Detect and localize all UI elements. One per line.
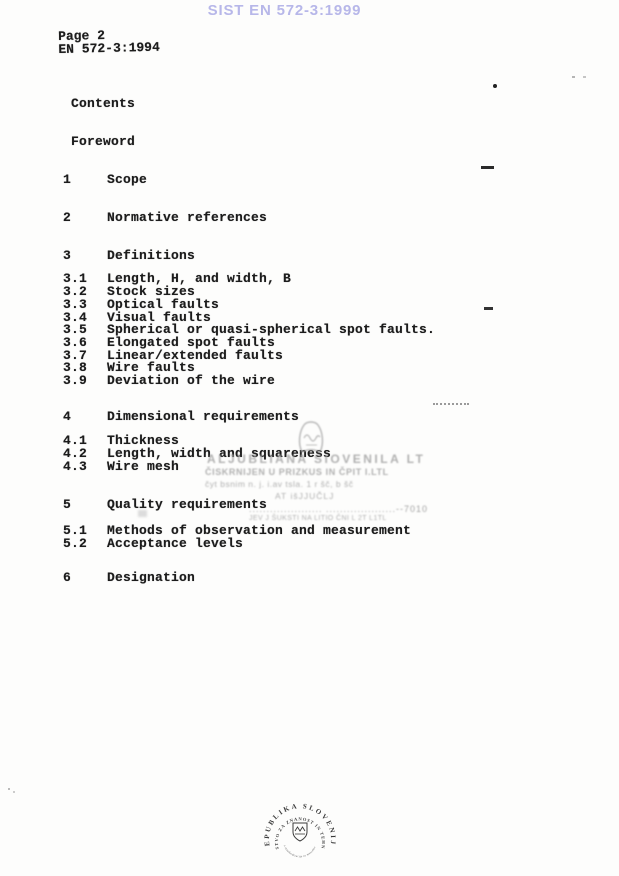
scan-speck	[493, 84, 497, 88]
scanned-document-page: SIST EN 572-3:1999 Page 2EN 572-3:1994 C…	[0, 0, 619, 876]
toc-entry-num: 1	[63, 173, 107, 186]
scan-speck	[481, 166, 494, 169]
toc-entry-num: 5.2	[63, 537, 107, 550]
toc-entry-num: 4.3	[63, 460, 107, 473]
toc-entry-num: 3.9	[63, 374, 107, 387]
seal-icon: REPUBLIKA SLOVENIJA RSTVO ZA ZNANOST IN …	[254, 800, 346, 874]
scan-speck	[13, 791, 15, 793]
toc-entry: 4Dimensional requirements	[63, 410, 299, 423]
stamp-illegible-text: ČISKRNIJEN U PRIZKUS IN ČPIT I.LTL	[205, 467, 389, 477]
stamp-illegible-text: AT išJJUČLJ	[275, 491, 334, 501]
sist-watermark: SIST EN 572-3:1999	[0, 2, 569, 19]
toc-entry-label: Definitions	[107, 248, 195, 263]
toc-entry-label: Scope	[107, 172, 147, 187]
stamp-illegible-text: čyt bsnim n. j. i.av tsla. 1 r šč, b šč	[205, 479, 353, 489]
toc-entry-label: Designation	[107, 570, 195, 585]
toc-entry: 3Definitions	[63, 249, 195, 262]
scan-speck	[583, 76, 586, 78]
toc-entry: 1Scope	[63, 173, 147, 186]
toc-entry-num: 3	[63, 249, 107, 262]
toc-entry-num: 6	[63, 571, 107, 584]
toc-entry: 6Designation	[63, 571, 195, 584]
official-round-seal: REPUBLIKA SLOVENIJA RSTVO ZA ZNANOST IN …	[254, 800, 346, 874]
scan-speck	[138, 510, 147, 517]
stamp-dotted-line: ..................... ..................…	[249, 504, 428, 514]
stamp-illegible-text: JEV J ŠUKSTI NA LITIO ČNI L 2T L1TL	[249, 515, 387, 522]
toc-entry: 4.2Length, width and squareness	[63, 447, 331, 460]
toc-entry-label: Wire mesh	[107, 459, 179, 474]
scan-speck	[433, 403, 469, 405]
scan-speck	[572, 76, 575, 78]
faded-ink-stamp: ALJUBLIANA SIOVENILA LT ČISKRNIJEN U PRI…	[205, 414, 437, 532]
toc-entry: 3.9Deviation of the wire	[63, 374, 275, 387]
toc-entry-num: 5	[63, 498, 107, 511]
toc-entry: 5Quality requirements	[63, 498, 267, 511]
toc-entry-label: Acceptance levels	[107, 536, 243, 551]
scan-speck	[8, 788, 10, 790]
toc-entry: 2Normative references	[63, 211, 267, 224]
toc-entry: 5.2Acceptance levels	[63, 537, 243, 550]
toc-entry-label: Deviation of the wire	[107, 373, 275, 388]
toc-entry-label: Quality requirements	[107, 497, 267, 512]
toc-entry-num: 4	[63, 410, 107, 423]
seal-coat-of-arms	[293, 823, 307, 841]
contents-title: Contents	[71, 97, 135, 110]
standard-number: EN 572-3:1994	[58, 39, 160, 56]
foreword-entry: Foreword	[71, 135, 135, 148]
toc-entry-num: 2	[63, 211, 107, 224]
scan-speck	[484, 307, 493, 310]
toc-entry-label: Dimensional requirements	[107, 409, 299, 424]
toc-entry: 4.3Wire mesh	[63, 460, 179, 473]
page-identifier: Page 2EN 572-3:1994	[58, 29, 160, 56]
toc-entry-label: Normative references	[107, 210, 267, 225]
